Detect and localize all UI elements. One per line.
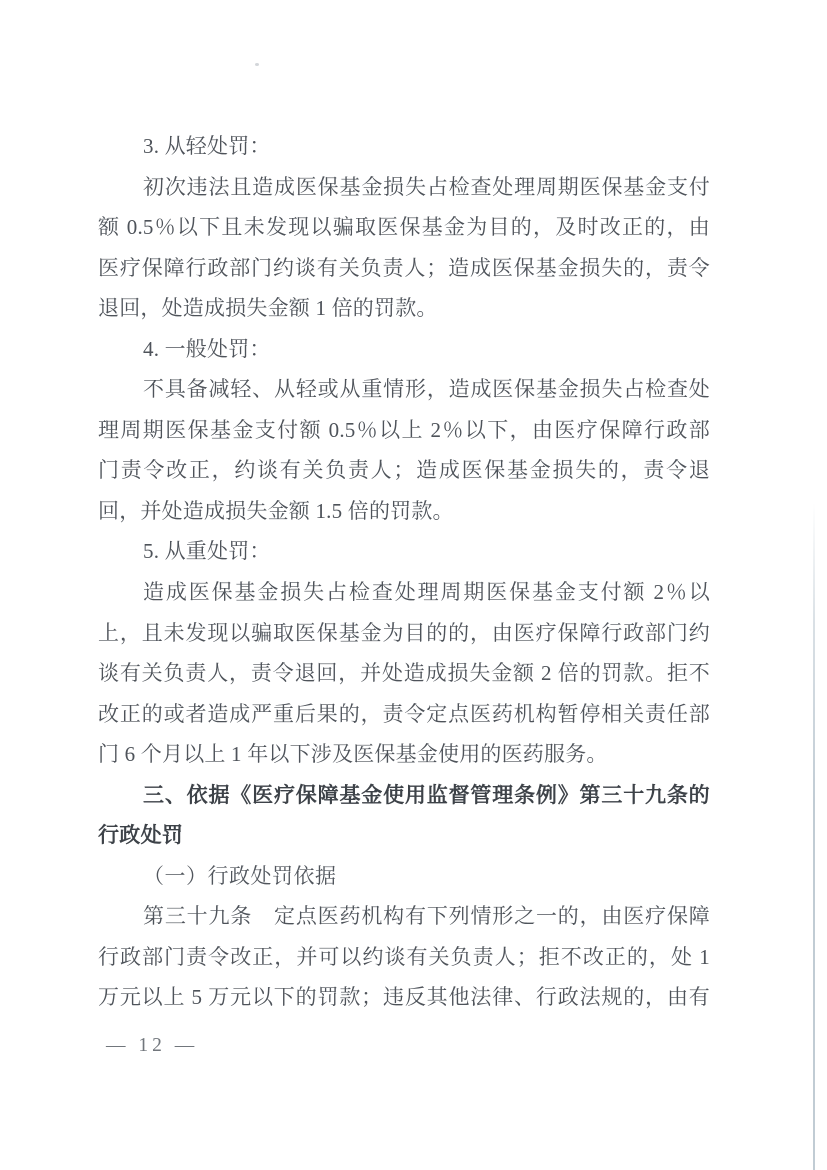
text-line: 医疗保障行政部门约谈有关负责人；造成医保基金损失的，责令 (98, 248, 710, 289)
text-line: 5. 从重处罚： (98, 531, 710, 572)
text-line: 4. 一般处罚： (98, 329, 710, 370)
text-line: 门 6 个月以上 1 年以下涉及医保基金使用的医药服务。 (98, 734, 710, 775)
text-line: 改正的或者造成严重后果的，责令定点医药机构暂停相关责任部 (98, 694, 710, 735)
text-line: 不具备减轻、从轻或从重情形，造成医保基金损失占检查处 (98, 369, 710, 410)
text-line: 初次违法且造成医保基金损失占检查处理周期医保基金支付 (98, 167, 710, 208)
text-line: 谈有关负责人，责令退回，并处造成损失金额 2 倍的罚款。拒不 (98, 653, 710, 694)
text-line: 三、依据《医疗保障基金使用监督管理条例》第三十九条的 (98, 775, 710, 816)
text-line: 门责令改正，约谈有关负责人；造成医保基金损失的，责令退 (98, 450, 710, 491)
text-line: 上，且未发现以骗取医保基金为目的的，由医疗保障行政部门约 (98, 613, 710, 654)
page-number: — 12 — (106, 1026, 198, 1066)
document-page: 3. 从轻处罚：初次违法且造成医保基金损失占检查处理周期医保基金支付额 0.5％… (0, 0, 827, 1170)
text-line: 额 0.5％以下且未发现以骗取医保基金为目的，及时改正的，由 (98, 207, 710, 248)
text-line: 第三十九条 定点医药机构有下列情形之一的，由医疗保障 (98, 896, 710, 937)
scan-artifact-streak (813, 503, 815, 1170)
text-line: 回，并处造成损失金额 1.5 倍的罚款。 (98, 491, 710, 532)
text-line: 万元以上 5 万元以下的罚款；违反其他法律、行政法规的，由有 (98, 977, 710, 1018)
text-line: 3. 从轻处罚： (98, 126, 710, 167)
text-line: 行政部门责令改正，并可以约谈有关负责人；拒不改正的，处 1 (98, 937, 710, 978)
text-line: 造成医保基金损失占检查处理周期医保基金支付额 2％以 (98, 572, 710, 613)
text-line: 行政处罚 (98, 815, 710, 856)
text-line: 退回，处造成损失金额 1 倍的罚款。 (98, 288, 710, 329)
scan-artifact-speck (255, 63, 259, 66)
text-line: （一）行政处罚依据 (98, 856, 710, 897)
text-line: 理周期医保基金支付额 0.5％以上 2％以下，由医疗保障行政部 (98, 410, 710, 451)
document-body: 3. 从轻处罚：初次违法且造成医保基金损失占检查处理周期医保基金支付额 0.5％… (98, 126, 710, 1018)
